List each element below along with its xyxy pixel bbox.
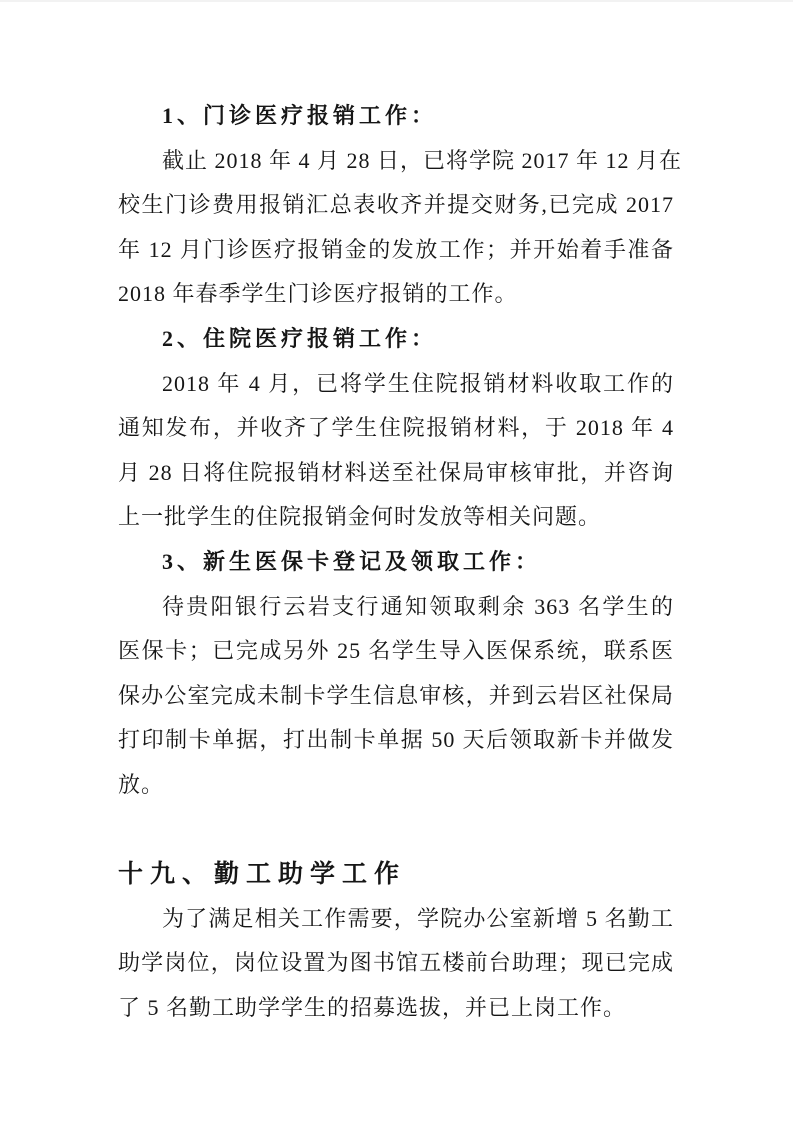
- paragraph-line: 了 5 名勤工助学学生的招募选拔，并已上岗工作。: [118, 986, 674, 1031]
- blank-line-spacer: [118, 808, 674, 853]
- section-heading: 2、住院医疗报销工作：: [118, 317, 674, 362]
- paragraph-line: 保办公室完成未制卡学生信息审核，并到云岩区社保局: [118, 674, 674, 719]
- paragraph-line: 校生门诊费用报销汇总表收齐并提交财务,已完成 2017: [118, 183, 674, 228]
- section-heading: 3、新生医保卡登记及领取工作：: [118, 540, 674, 585]
- document-body: 1、门诊医疗报销工作： 截止 2018 年 4 月 28 日，已将学院 2017…: [118, 94, 674, 1030]
- paragraph-line: 助学岗位，岗位设置为图书馆五楼前台助理；现已完成: [118, 941, 674, 986]
- paragraph-line: 年 12 月门诊医疗报销金的发放工作；并开始着手准备: [118, 228, 674, 273]
- paragraph-line: 月 28 日将住院报销材料送至社保局审核审批，并咨询: [118, 451, 674, 496]
- paragraph-line: 通知发布，并收齐了学生住院报销材料，于 2018 年 4: [118, 406, 674, 451]
- paragraph-line: 待贵阳银行云岩支行通知领取剩余 363 名学生的: [118, 585, 674, 630]
- paragraph-line: 上一批学生的住院报销金何时发放等相关问题。: [118, 495, 674, 540]
- paragraph-line: 医保卡；已完成另外 25 名学生导入医保系统，联系医: [118, 629, 674, 674]
- document-page: 1、门诊医疗报销工作： 截止 2018 年 4 月 28 日，已将学院 2017…: [0, 0, 793, 1122]
- section-outpatient-medical-reimbursement: 1、门诊医疗报销工作： 截止 2018 年 4 月 28 日，已将学院 2017…: [118, 94, 674, 317]
- paragraph-line: 放。: [118, 763, 674, 808]
- paragraph-line: 打印制卡单据，打出制卡单据 50 天后领取新卡并做发: [118, 718, 674, 763]
- paragraph-line: 截止 2018 年 4 月 28 日，已将学院 2017 年 12 月在: [118, 139, 674, 184]
- page-top-scan-edge: [0, 0, 793, 2]
- paragraph-line: 为了满足相关工作需要，学院办公室新增 5 名勤工: [118, 897, 674, 942]
- section-work-study-program: 十九、勤工助学工作 为了满足相关工作需要，学院办公室新增 5 名勤工 助学岗位，…: [118, 852, 674, 1030]
- section-new-student-medical-insurance-card: 3、新生医保卡登记及领取工作： 待贵阳银行云岩支行通知领取剩余 363 名学生的…: [118, 540, 674, 808]
- paragraph-line: 2018 年春季学生门诊医疗报销的工作。: [118, 272, 674, 317]
- chapter-heading: 十九、勤工助学工作: [118, 852, 674, 897]
- section-inpatient-medical-reimbursement: 2、住院医疗报销工作： 2018 年 4 月，已将学生住院报销材料收取工作的 通…: [118, 317, 674, 540]
- paragraph-line: 2018 年 4 月，已将学生住院报销材料收取工作的: [118, 362, 674, 407]
- section-heading: 1、门诊医疗报销工作：: [118, 94, 674, 139]
